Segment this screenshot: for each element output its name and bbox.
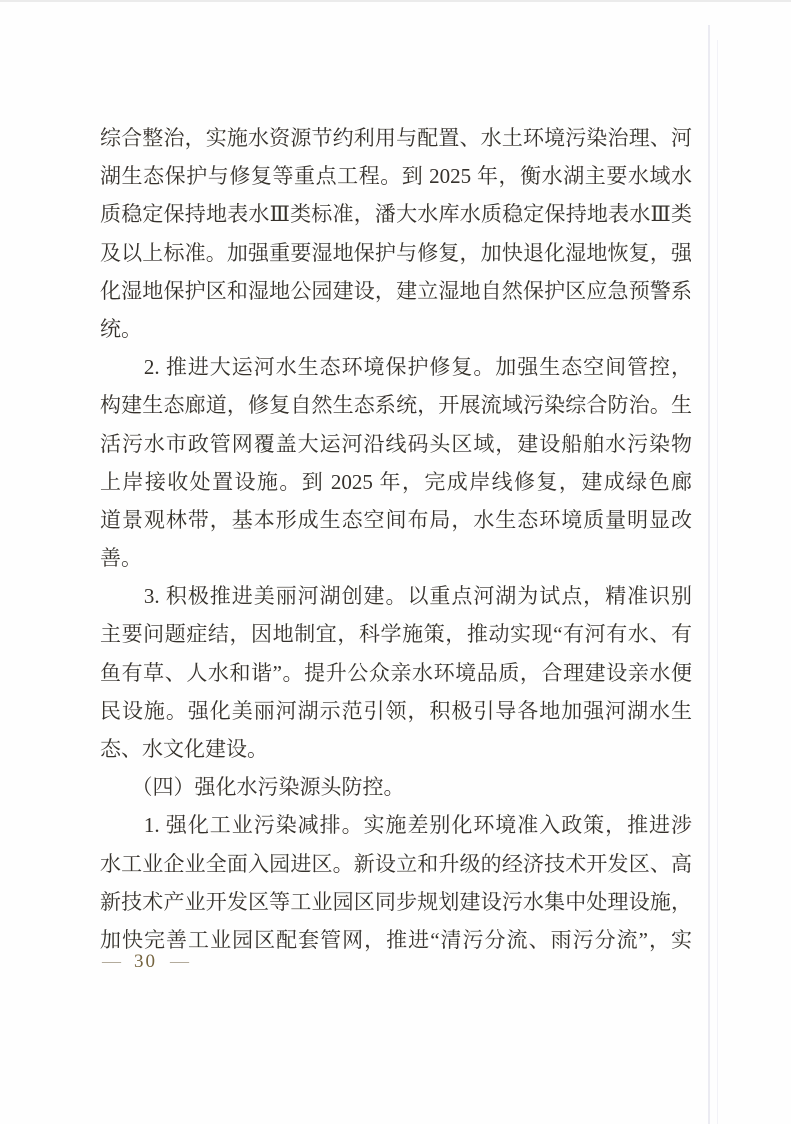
page-number-dash-left: — (102, 949, 121, 975)
document-text-block: 综合整治，实施水资源节约利用与配置、水土环境污染治理、河 湖生态保护与修复等重点… (100, 119, 692, 959)
scan-top-edge (0, 0, 791, 2)
scan-artifact-line (717, 40, 718, 1124)
text-line: 鱼有草、人水和谐”。提升公众亲水环境品质，合理建设亲水便 (100, 654, 692, 692)
section-heading-line: （四）强化水污染源头防控。 (100, 768, 692, 806)
text-line: 湖生态保护与修复等重点工程。到 2025 年，衡水湖主要水域水 (100, 157, 692, 195)
text-line: 1. 强化工业污染减排。实施差别化环境准入政策，推进涉 (100, 806, 692, 844)
text-line: 态、水文化建设。 (100, 730, 692, 768)
text-line: 2. 推进大运河水生态环境保护修复。加强生态空间管控， (100, 348, 692, 386)
text-line: 新技术产业开发区等工业园区同步规划建设污水集中处理设施， (100, 883, 692, 921)
text-line: 上岸接收处置设施。到 2025 年，完成岸线修复，建成绿色廊 (100, 463, 692, 501)
text-line: 构建生态廊道，修复自然生态系统，开展流域污染综合防治。生 (100, 386, 692, 424)
text-line: 化湿地保护区和湿地公园建设，建立湿地自然保护区应急预警系 (100, 272, 692, 310)
text-line: 质稳定保持地表水Ⅲ类标准，潘大水库水质稳定保持地表水Ⅲ类 (100, 195, 692, 233)
text-line: 道景观林带，基本形成生态空间布局，水生态环境质量明显改 (100, 501, 692, 539)
text-line: 水工业企业全面入园进区。新设立和升级的经济技术开发区、高 (100, 845, 692, 883)
text-line: 主要问题症结，因地制宜，科学施策，推动实现“有河有水、有 (100, 615, 692, 653)
page-number: — 30 — (102, 949, 189, 975)
text-line: 3. 积极推进美丽河湖创建。以重点河湖为试点，精准识别 (100, 577, 692, 615)
text-line: 及以上标准。加强重要湿地保护与修复，加快退化湿地恢复，强 (100, 234, 692, 272)
document-page: 综合整治，实施水资源节约利用与配置、水土环境污染治理、河 湖生态保护与修复等重点… (0, 0, 791, 1124)
text-line: 善。 (100, 539, 692, 577)
text-line: 综合整治，实施水资源节约利用与配置、水土环境污染治理、河 (100, 119, 692, 157)
text-line: 活污水市政管网覆盖大运河沿线码头区域，建设船舶水污染物 (100, 425, 692, 463)
text-line: 统。 (100, 310, 692, 348)
text-line: 民设施。强化美丽河湖示范引领，积极引导各地加强河湖水生 (100, 692, 692, 730)
page-number-value: 30 (134, 949, 157, 975)
scan-artifact-line (708, 25, 710, 1124)
page-number-dash-right: — (170, 949, 189, 975)
